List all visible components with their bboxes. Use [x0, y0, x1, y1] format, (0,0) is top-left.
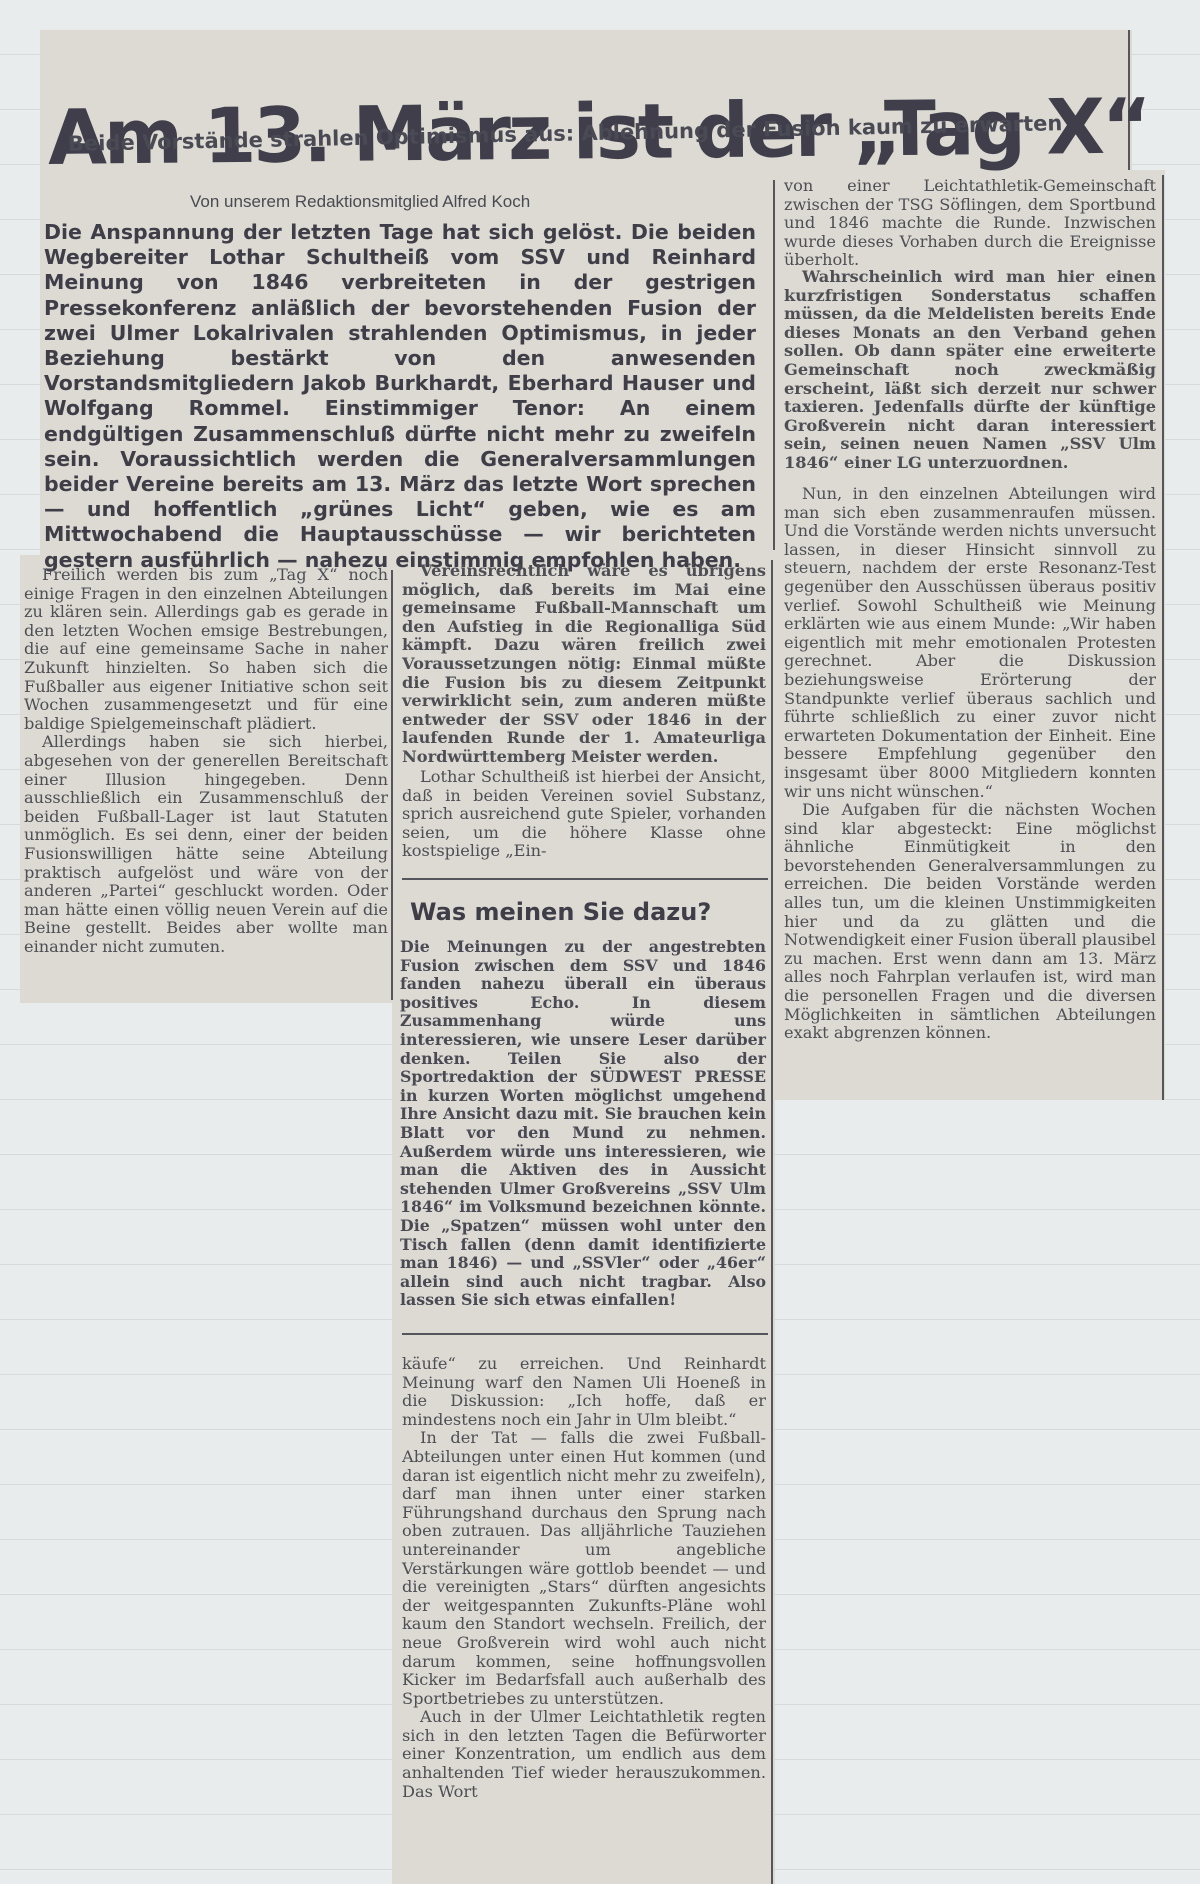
paragraph: käufe“ zu erreichen. Und Reinhardt Meinu… [402, 1355, 766, 1429]
paragraph: In der Tat — falls die zwei Fußball-Abte… [402, 1429, 766, 1708]
paragraph: Nun, in den einzelnen Abteilungen wird m… [784, 485, 1156, 801]
column-rule [391, 570, 393, 1000]
right-column-intro: von einer Leichtathletik-Gemeinschaft zw… [784, 177, 1156, 270]
paragraph: Allerdings haben sie sich hierbei, abges… [24, 733, 388, 956]
paragraph: von einer Leichtathletik-Gemeinschaft zw… [784, 177, 1156, 270]
column-rule [771, 560, 773, 1884]
box-rule-bottom [402, 1333, 768, 1335]
middle-column-top-continued: Lothar Schultheiß ist hierbei der Ansich… [402, 768, 766, 861]
middle-column-top: Vereinsrechtlich wäre es übrigens möglic… [402, 562, 766, 767]
bold-paragraph: Wahrscheinlich wird man hier einen kurzf… [784, 268, 1156, 473]
bold-paragraph: Vereinsrechtlich wäre es übrigens möglic… [402, 562, 766, 767]
paragraph: Freilich werden bis zum „Tag X“ noch ein… [24, 566, 388, 733]
lead-paragraph: Die Anspannung der letzten Tage hat sich… [44, 220, 756, 573]
left-column: Freilich werden bis zum „Tag X“ noch ein… [24, 566, 388, 956]
paragraph: Auch in der Ulmer Leichtathletik regten … [402, 1708, 766, 1801]
byline: Von unserem Redaktionsmitglied Alfred Ko… [190, 192, 530, 212]
right-column-body: Nun, in den einzelnen Abteilungen wird m… [784, 485, 1156, 1043]
box-rule-top [402, 878, 768, 880]
column-rule [1162, 175, 1164, 1100]
column-rule [773, 180, 775, 550]
info-box-title: Was meinen Sie dazu? [410, 898, 770, 926]
paragraph: Die Aufgaben für die nächsten Wochen sin… [784, 801, 1156, 1043]
right-column-bold: Wahrscheinlich wird man hier einen kurzf… [784, 268, 1156, 473]
info-box-body: Die Meinungen zu der angestrebten Fusion… [400, 938, 766, 1310]
middle-column-bottom: käufe“ zu erreichen. Und Reinhardt Meinu… [402, 1355, 766, 1801]
paragraph: Lothar Schultheiß ist hierbei der Ansich… [402, 768, 766, 861]
